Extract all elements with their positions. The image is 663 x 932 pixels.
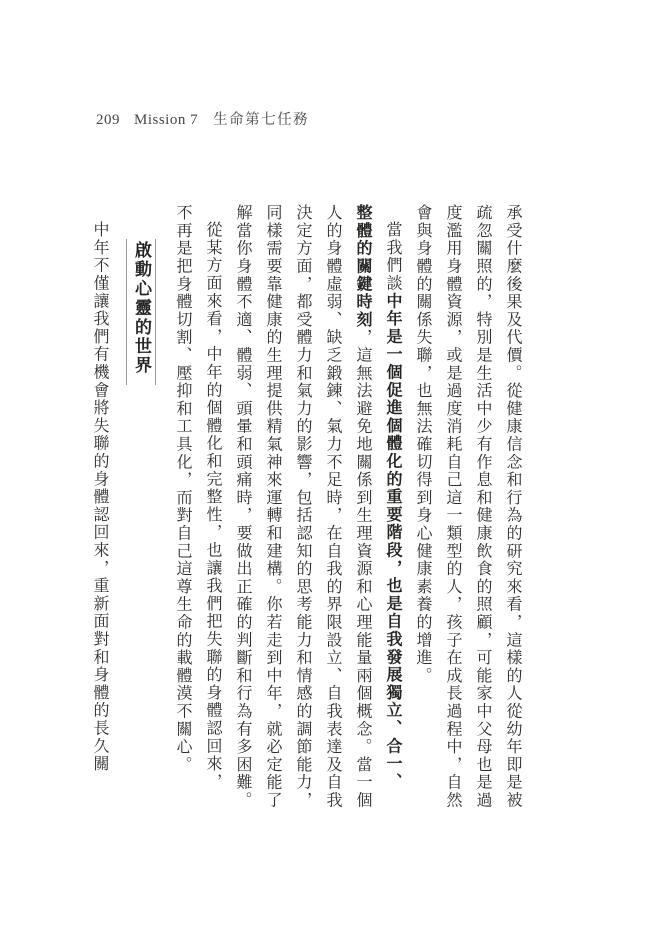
vertical-text-block: 承受什麼後果及代價。從健康信念和行為的研究來看，這樣的人從幼年即是被 疏忽關照的…	[75, 204, 527, 818]
body-paragraph: 從某方面來看，中年的個體化和完整性，也讓我們把失聯的身體認回來， 不再是把身體切…	[167, 204, 227, 818]
body-paragraph: 中年不僅讓我們有機會將失聯的身體認回來，重新面對和身體的長久關	[84, 204, 114, 818]
body-text: 承受什麼後果及代價。從健康信念和行為的研究來看，這樣的人從幼年即是被 疏忽關照的…	[414, 204, 521, 809]
page-number: 209	[96, 112, 120, 129]
mission-label: Mission 7	[134, 112, 198, 129]
body-paragraph: 當我們談中年是一個促進個體化的重要階段，也是自我發展獨立、合一、 整體的關鍵時刻…	[227, 204, 407, 818]
mission-title: 生命第七任務	[213, 108, 309, 129]
body-paragraph: 承受什麼後果及代價。從健康信念和行為的研究來看，這樣的人從幼年即是被 疏忽關照的…	[407, 204, 527, 818]
book-page: 209 Mission 7 生命第七任務 承受什麼後果及代價。從健康信念和行為的…	[0, 0, 663, 932]
body-text: 從某方面來看，中年的個體化和完整性，也讓我們把失聯的身體認回來， 不再是把身體切…	[174, 204, 221, 790]
body-text: ，這無法避免地關係到生理資源和心理能量兩個概念。當一個 人的身體虛弱、缺乏鍛鍊、…	[234, 204, 371, 809]
body-text: 當我們談	[384, 221, 401, 292]
section-heading: 啟動心靈的世界	[126, 239, 156, 385]
body-text: 中年不僅讓我們有機會將失聯的身體認回來，重新面對和身體的長久關	[91, 221, 108, 773]
running-header: 209 Mission 7 生命第七任務	[96, 108, 309, 129]
